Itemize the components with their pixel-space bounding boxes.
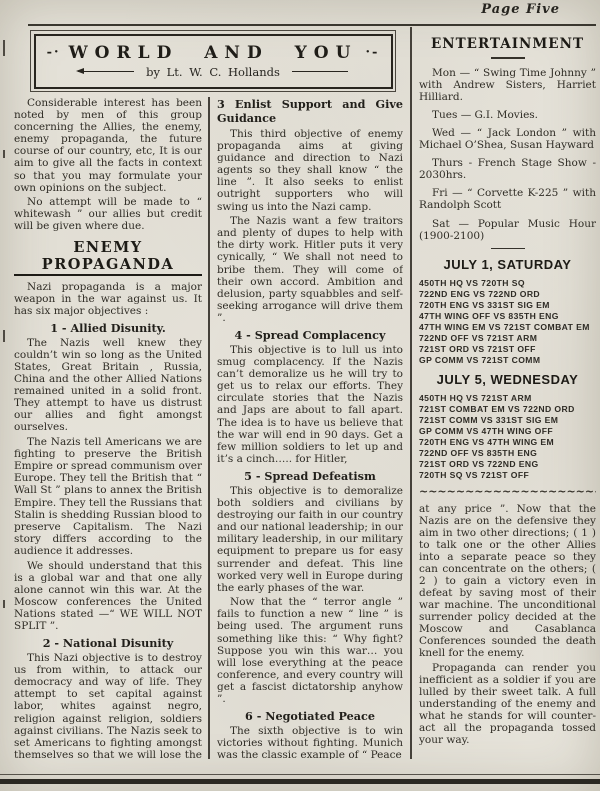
schedule-game: 722ND ENG VS 722ND ORD xyxy=(419,289,596,300)
schedule-game: 721ST ORD VS 721ST OFF xyxy=(419,344,596,355)
schedule-game: 47TH WING OFF VS 835TH ENG xyxy=(419,311,596,322)
byline: by Lt. W. C. Hollands xyxy=(146,65,280,79)
schedule-game: GP COMM VS 47TH WING OFF xyxy=(419,426,596,437)
column-middle: 3 Enlist Support and Give Guidance This … xyxy=(217,97,403,759)
paragraph: Propaganda can render you inefficient as… xyxy=(419,662,596,746)
entertainment-item-tues: Tues — G.I. Movies. xyxy=(419,109,596,121)
byline-arrow-left-icon xyxy=(78,71,134,72)
paragraph: The sixth objective is to win victories … xyxy=(217,725,403,759)
entertainment-item-mon: Mon — “ Swing Time Johnny ” with Andrew … xyxy=(419,67,596,103)
scan-edge-mark xyxy=(3,150,5,158)
masthead-inner-border: -· WORLD AND YOU ·- by Lt. W. C. Holland… xyxy=(34,34,393,89)
schedule-game: 47TH WING EM VS 721ST COMBAT EM xyxy=(419,322,596,333)
bottom-thin-rule xyxy=(0,774,600,775)
paragraph: Nazi propaganda is a major weapon in the… xyxy=(14,281,202,317)
section-heading-enemy-propaganda: ENEMY PROPAGANDA xyxy=(14,239,202,276)
title-decor-right: ·- xyxy=(366,45,380,60)
paragraph: The Nazis well knew they couldn’t win so… xyxy=(14,337,202,434)
entertainment-heading: ENTERTAINMENT xyxy=(419,36,596,52)
section-divider xyxy=(491,57,525,59)
paragraph: This objective is to lull us into smug c… xyxy=(217,344,403,465)
subheading-allied-disunity: 1 - Allied Disunity. xyxy=(14,321,202,335)
subheading-negotiated-peace: 6 - Negotiated Peace xyxy=(217,709,403,723)
wavy-divider xyxy=(419,488,596,497)
paragraph: at any price ”. Now that the Nazis are o… xyxy=(419,503,596,659)
schedule-game: 720TH ENG VS 331ST SIG EM xyxy=(419,300,596,311)
page-number: Page Five xyxy=(481,2,560,17)
schedule-game: 450TH HQ VS 721ST ARM xyxy=(419,393,596,404)
paragraph: Now that the “ terror angle ” fails to f… xyxy=(217,596,403,705)
paragraph: Considerable interest has been noted by … xyxy=(14,97,202,194)
schedule-game: 721ST COMM VS 331ST SIG EM xyxy=(419,415,596,426)
entertainment-item-sat: Sat — Popular Music Hour (1900-2100) xyxy=(419,218,596,242)
subheading-spread-defeatism: 5 - Spread Defeatism xyxy=(217,469,403,483)
bottom-rule xyxy=(0,779,600,784)
column-divider-left xyxy=(208,97,210,759)
entertainment-item-fri: Fri — “ Corvette K-225 ” with Randolph S… xyxy=(419,187,596,211)
column-left: Considerable interest has been noted by … xyxy=(14,97,202,759)
schedule-game: 721ST COMBAT EM VS 722ND ORD xyxy=(419,404,596,415)
schedule-title-july-5: JULY 5, WEDNESDAY xyxy=(419,372,596,387)
subheading-national-disunity: 2 - National Disunity xyxy=(14,636,202,650)
schedule-game: 720TH ENG VS 47TH WING EM xyxy=(419,437,596,448)
subheading-spread-complacency: 4 - Spread Complacency xyxy=(217,328,403,342)
article-title: WORLD AND YOU xyxy=(69,43,358,63)
schedule-game: 450TH HQ VS 720TH SQ xyxy=(419,278,596,289)
entertainment-item-thurs: Thurs - French Stage Show - 2030hrs. xyxy=(419,157,596,181)
top-rule xyxy=(28,24,596,26)
section-divider xyxy=(491,248,525,250)
schedule-game: 722ND OFF VS 835TH ENG xyxy=(419,448,596,459)
newspaper-page: Page Five -· WORLD AND YOU ·- by Lt. W. … xyxy=(0,0,600,791)
scan-edge-mark xyxy=(3,40,5,56)
title-decor-left: -· xyxy=(47,45,61,60)
schedule-game: 720TH SQ VS 721ST OFF xyxy=(419,470,596,481)
masthead-box: -· WORLD AND YOU ·- by Lt. W. C. Holland… xyxy=(30,30,396,92)
scan-edge-mark xyxy=(3,330,5,342)
byline-dash-right-icon xyxy=(292,71,348,72)
schedule-game: 721ST ORD VS 722ND ENG xyxy=(419,459,596,470)
byline-row: by Lt. W. C. Hollands xyxy=(36,65,391,79)
schedule-game: GP COMM VS 721ST COMM xyxy=(419,355,596,366)
column-right: ENTERTAINMENT Mon — “ Swing Time Johnny … xyxy=(419,36,596,762)
schedule-title-july-1: JULY 1, SATURDAY xyxy=(419,257,596,272)
paragraph: The Nazis want a few traitors and plenty… xyxy=(217,215,403,324)
schedule-game: 722ND OFF VS 721ST ARM xyxy=(419,333,596,344)
paragraph: The Nazis tell Americans we are fighting… xyxy=(14,436,202,557)
paragraph: We should understand that this is a glob… xyxy=(14,560,202,633)
paragraph: This third objective of enemy propaganda… xyxy=(217,128,403,213)
entertainment-item-wed: Wed — “ Jack London ” with Michael O’She… xyxy=(419,127,596,151)
subheading-enlist-support: 3 Enlist Support and Give Guidance xyxy=(217,97,403,125)
scan-edge-mark xyxy=(3,600,5,608)
section-heading-wrap: ENEMY PROPAGANDA xyxy=(14,239,202,276)
paragraph: This objective is to demoralize both sol… xyxy=(217,485,403,594)
masthead-title-row: -· WORLD AND YOU ·- xyxy=(36,43,391,63)
paragraph: No attempt will be made to “ whitewash ”… xyxy=(14,196,202,232)
paragraph: This Nazi objective is to destroy us fro… xyxy=(14,652,202,759)
column-divider-right xyxy=(410,27,412,759)
